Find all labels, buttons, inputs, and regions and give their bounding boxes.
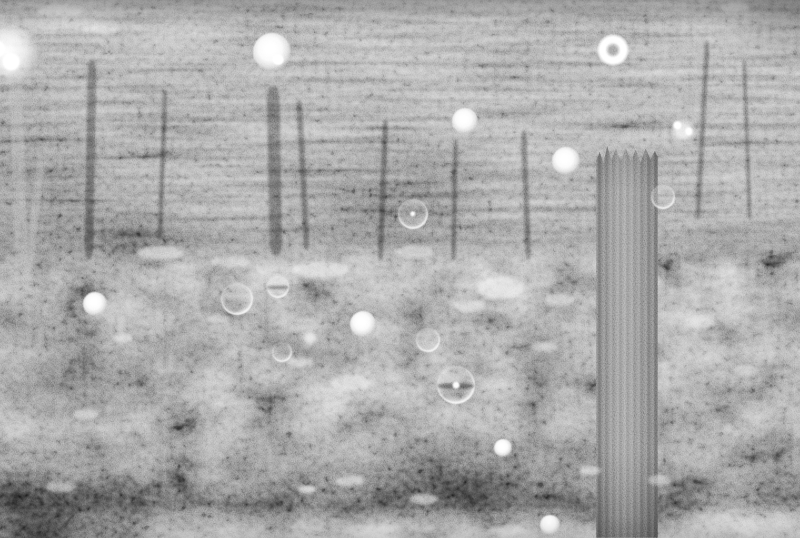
light-orb: [670, 119, 696, 145]
light-orb: [552, 147, 580, 175]
bubble-orb: [272, 342, 292, 362]
bubble-orb: [651, 185, 675, 209]
leaf-highlight: [137, 246, 183, 260]
orb-hotspot: [674, 122, 681, 129]
bubble-center-highlight: [453, 382, 460, 389]
leaf-highlight: [45, 482, 75, 492]
leaf-highlight: [287, 357, 313, 367]
orb-hotspot: [3, 54, 20, 71]
leaf-highlight: [685, 316, 715, 328]
leaf-highlight: [298, 485, 316, 493]
bubble-orb: [416, 328, 440, 352]
orb-hotspot: [685, 128, 692, 135]
leaf-highlight: [476, 277, 524, 299]
leaf-highlight: [733, 365, 757, 375]
bubble-orb: [437, 366, 475, 404]
leaf-highlight: [579, 466, 601, 475]
leaf-highlight: [453, 300, 487, 312]
bubble-orb: [221, 283, 253, 315]
leaf-highlight: [38, 6, 82, 18]
leaf-highlight: [82, 25, 118, 35]
light-orb: [452, 108, 478, 134]
light-orb: [83, 292, 107, 316]
light-orb: [253, 33, 291, 71]
orb-hotspot: [0, 41, 4, 58]
forest-background: [0, 0, 800, 538]
leaf-highlight: [721, 3, 749, 12]
light-orb: [540, 515, 560, 535]
forest-orbs-photograph: [0, 0, 800, 538]
leaf-highlight: [207, 314, 229, 323]
light-orb: [350, 311, 376, 337]
leaf-highlight: [113, 334, 133, 343]
bubble-orb: [267, 276, 289, 298]
light-orb: [302, 330, 318, 346]
leaf-highlight: [330, 375, 370, 391]
leaf-highlight: [395, 246, 435, 258]
leaf-highlight: [532, 342, 558, 352]
light-orb: [494, 439, 512, 457]
leaf-highlight: [545, 294, 575, 306]
orb-hotspot: [273, 54, 284, 65]
leaf-highlight: [335, 476, 365, 486]
light-orb: [597, 34, 629, 66]
bubble-center-highlight: [410, 211, 415, 216]
bubble-orb: [398, 199, 428, 229]
leaf-highlight: [648, 475, 672, 485]
leaf-highlight: [210, 256, 250, 268]
leaf-highlight: [410, 494, 438, 504]
bubble-dark-band: [267, 286, 288, 289]
leaf-highlight: [292, 262, 348, 278]
leaf-highlight: [73, 409, 99, 419]
leaf-highlight: [490, 525, 526, 535]
